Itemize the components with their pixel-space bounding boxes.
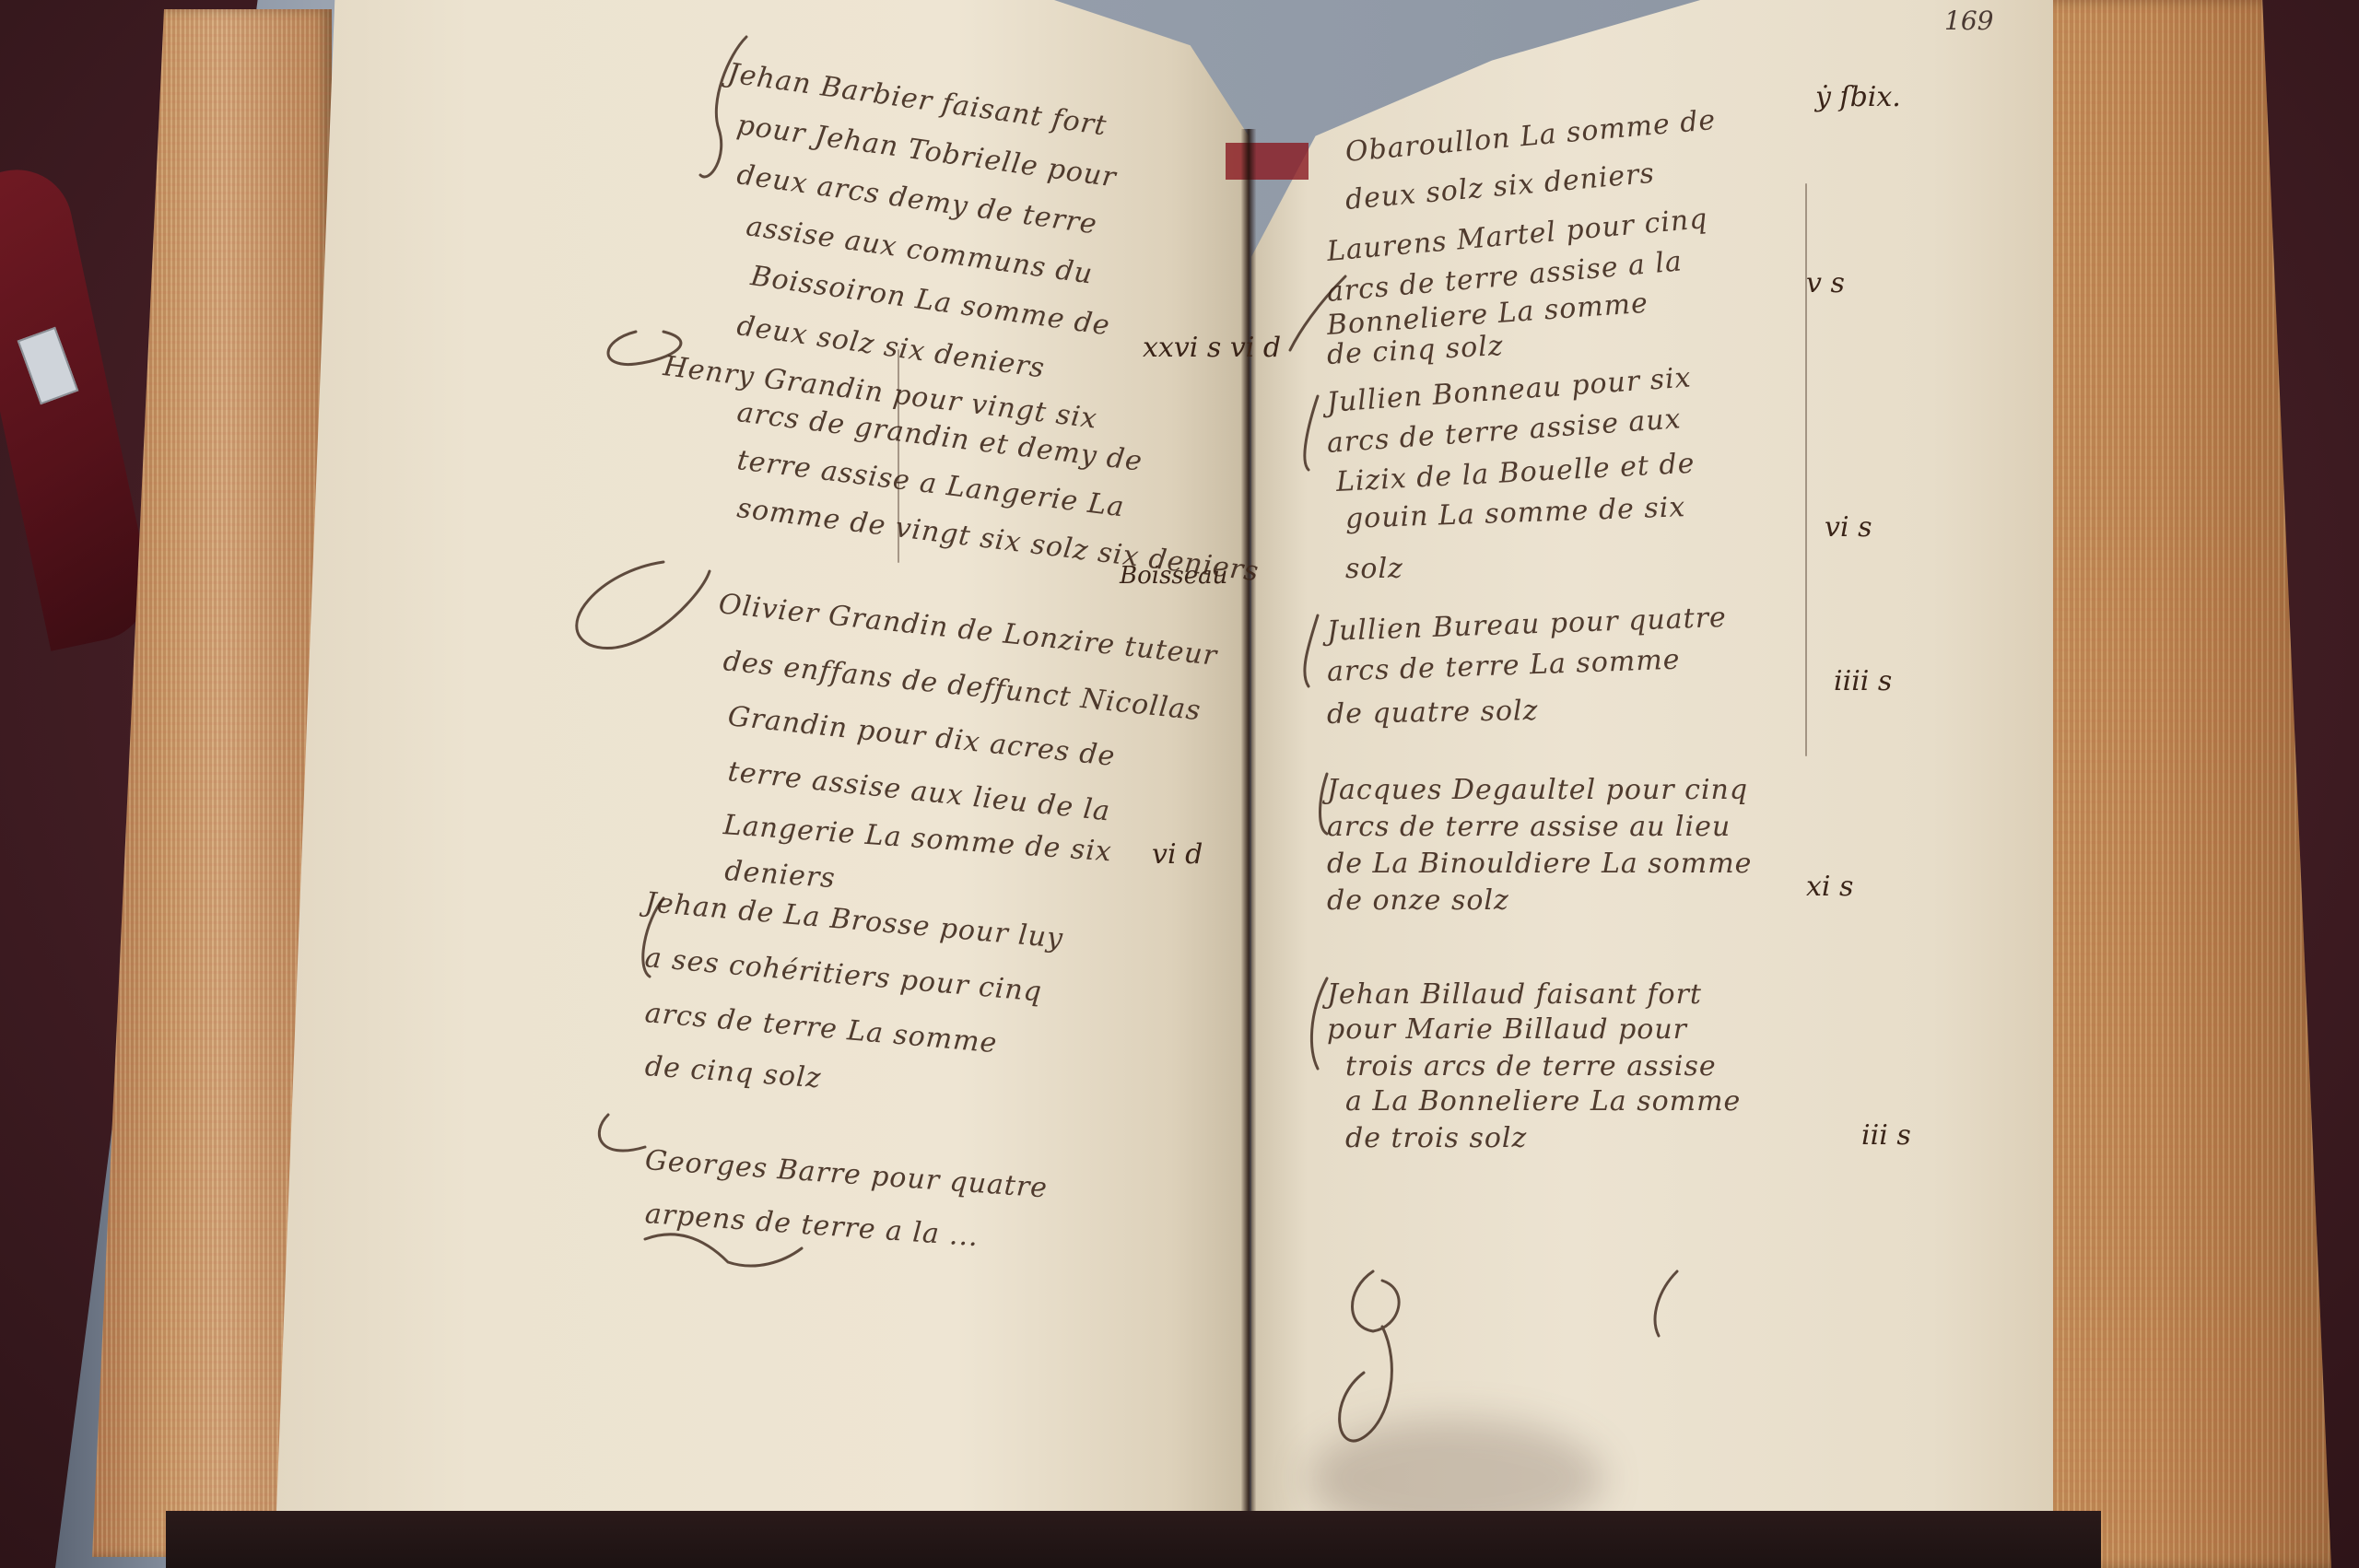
handwritten-line: a La Bonneliere La somme: [1345, 1085, 1741, 1117]
right-page-block: [2018, 0, 2331, 1568]
margin-amount: iii s: [1861, 1119, 1911, 1152]
margin-amount: xi s: [1806, 871, 1853, 903]
page-number: 169: [1944, 6, 1993, 36]
handwritten-line: de quatre solz: [1327, 695, 1539, 731]
handwritten-line: arcs de terre assise au lieu: [1327, 811, 1731, 843]
handwritten-line: Jehan Billaud faisant fort: [1327, 978, 1702, 1011]
handwritten-line: de onze solz: [1327, 884, 1509, 917]
margin-amount: vi s: [1825, 511, 1872, 544]
handwritten-line: de trois solz: [1345, 1122, 1527, 1154]
margin-amount: xxvi s vi d: [1143, 332, 1281, 364]
margin-amount: Boisseau: [1120, 562, 1227, 590]
margin-amount: iiii s: [1834, 665, 1892, 697]
handwritten-line: de La Binouldiere La somme: [1327, 848, 1752, 880]
margin-note-top: ẏ ſbix.: [1815, 81, 1901, 113]
margin-amount: v s: [1806, 267, 1845, 299]
manuscript-photo-scene: 169 Jehan Barbier faisant fort pour Jeha…: [0, 0, 2359, 1568]
red-binding: [1226, 143, 1309, 180]
handwritten-line: Jacques Degaultel pour cinq: [1327, 774, 1748, 806]
handwritten-line: pour Marie Billaud pour: [1327, 1013, 1687, 1046]
handwritten-line: solz: [1345, 553, 1403, 585]
handwritten-line: trois arcs de terre assise: [1345, 1050, 1717, 1082]
bottom-shadow: [166, 1511, 2101, 1568]
red-cushion: [0, 159, 159, 651]
margin-amount: vi d: [1152, 838, 1203, 871]
